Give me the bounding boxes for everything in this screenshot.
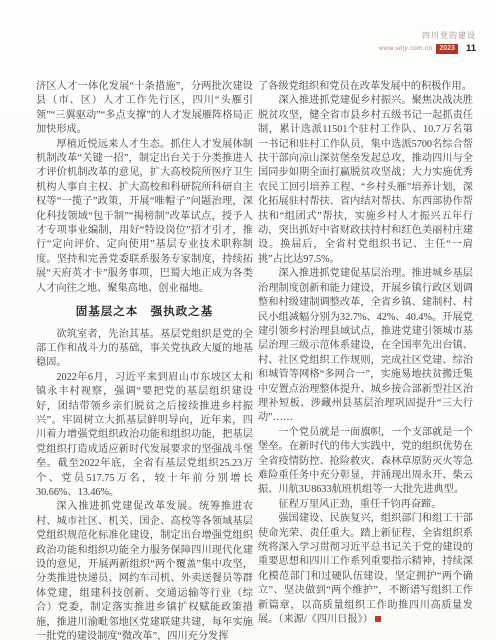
paragraph-reform-development: 深入推进抓党建促改革发展。统筹推进农村、城市社区、机关、国企、高校等各领域基层党… [36,500,253,640]
paragraph-talent-ecology: 厚植近悦远来人才生态。抓住人才发展体制机制改革“关键一招”，制定出台关于分类推进… [36,138,253,296]
paragraph-continuation: 了各级党组织和党员在改革发展中的积极作用。 [258,80,473,94]
paragraph-grassroots-governance: 深入推进抓党建促基层治理。推进城乡基层治理制度创新和能力建设，开展乡镇行政区划调… [258,267,473,425]
left-column: 济区人才一体化发展“十条措施”，分两批次建设县（市、区）人才工作先行区，四川“头… [36,80,253,640]
magazine-page: 四川党的建设 www.sdjy.com.cn 2023 11 济区人才一体化发展… [0,0,496,640]
paragraph-grassroots-2022: 2022年6月，习近平来到眉山市东坡区太和镇永丰村视察，强调“要把党的基层组织建… [36,371,253,501]
right-column: 了各级党组织和党员在改革发展中的积极作用。 深入推进抓党建促乡村振兴。聚焦决战决… [258,80,473,627]
closing-paragraph: 强国建设、民族复兴，组织部门和组工干部使命光荣、责任重大。踏上新征程，全省组织系… [258,512,473,627]
paragraph-continuation: 济区人才一体化发展“十条措施”，分两批次建设县（市、区）人才工作先行区，四川“头… [36,80,253,138]
paragraph-party-member-models: 一个党员就是一面旗帜，一个支部就是一个堡垒。在新时代的伟大实践中，党的组织优势在… [258,426,473,498]
paragraph-rural-revitalization: 深入推进抓党建促乡村振兴。聚焦决战决胜脱贫攻坚，健全省市县乡村五级书记一起抓责任… [258,94,473,267]
section-heading: 固基层之本 强执政之基 [36,305,253,319]
page-number: 11 [466,43,476,55]
magazine-title: 四川党的建设 [379,31,477,41]
magazine-website: www.sdjy.com.cn [379,45,433,53]
article-end-icon [375,616,382,623]
paragraph-foundation: 欲筑室者，先治其基。基层党组织是党的全部工作和战斗力的基础，事关党执政大厦的地基… [36,328,253,371]
paragraph-transition: 征程万里风正劲，重任千钧再奋蹄。 [258,498,473,512]
header-meta-row: www.sdjy.com.cn 2023 11 [379,43,477,55]
year-badge: 2023 [436,44,458,54]
page-header: 四川党的建设 www.sdjy.com.cn 2023 11 [379,31,477,55]
closing-text: 强国建设、民族复兴，组织部门和组工干部使命光荣、责任重大。踏上新征程，全省组织系… [258,513,473,625]
